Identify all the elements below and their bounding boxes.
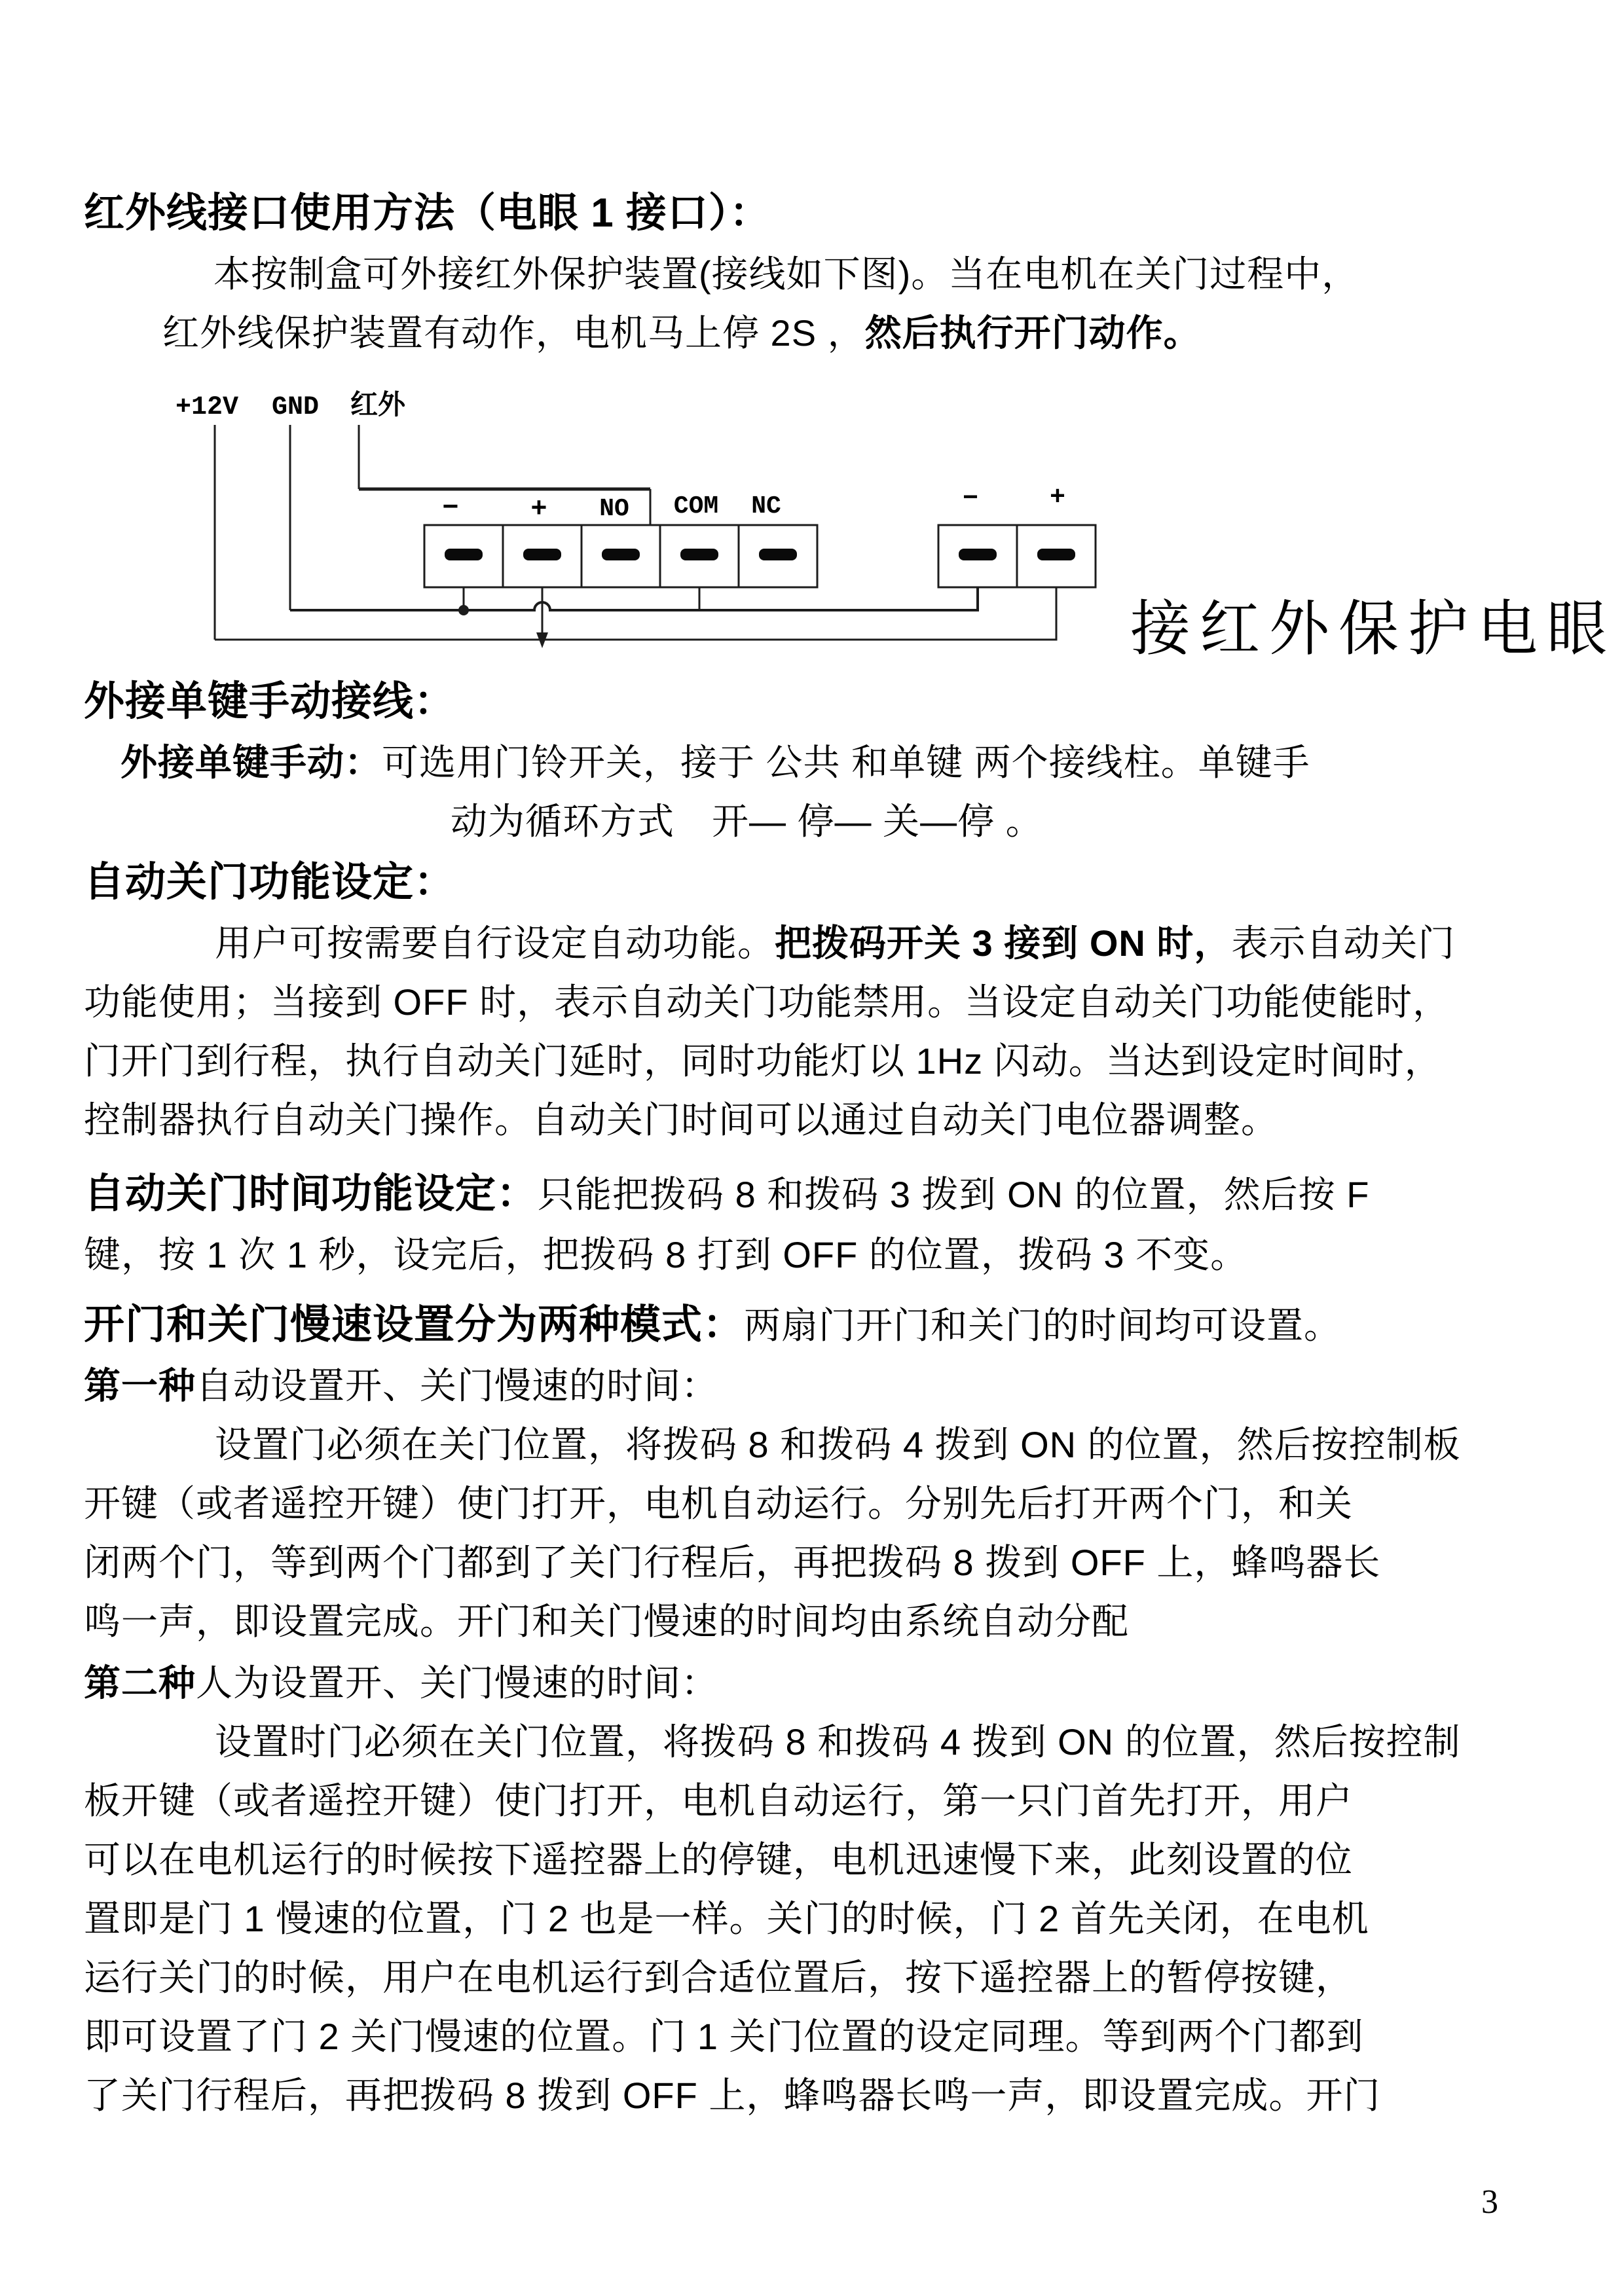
inline-heading: 开门和关门慢速设置分为两种模式： (84, 1302, 744, 1347)
bold-text: 外接单键手动： (120, 742, 382, 783)
paragraph-line: 鸣一声，即设置完成。开门和关门慢速的时间均由系统自动分配 (84, 1592, 1559, 1651)
diagram-label-12v: +12V (175, 393, 238, 422)
paragraph-line: 了关门行程后，再把拨码 8 拨到 OFF 上，蜂鸣器长鸣一声，即设置完成。开门 (84, 2066, 1559, 2125)
paragraph-line: 红外线保护装置有动作，电机马上停 2S ，然后执行开门动作。 (84, 304, 1559, 363)
terminal-block-photo-eye (938, 525, 1096, 587)
terminal-slot (759, 549, 797, 560)
paragraph-line: 功能使用；当接到 OFF 时，表示自动关门功能禁用。当设定自动关门功能使能时， (84, 973, 1559, 1032)
terminal-block-controller (424, 525, 817, 587)
terminal-label-minus: − (442, 492, 458, 524)
paragraph-line: 板开键（或者遥控开键）使门打开，电机自动运行，第一只门首先打开，用户 (84, 1772, 1559, 1831)
paragraph-line: 键，按 1 次 1 秒，设完后，把拨码 8 打到 OFF 的位置，拨码 3 不变… (84, 1226, 1559, 1285)
paragraph-line: 开键（或者遥控开键）使门打开，电机自动运行。分别先后打开两个门，和关 (84, 1474, 1559, 1533)
paragraph-line: 闭两个门，等到两个门都到了关门行程后，再把拨码 8 拨到 OFF 上，蜂鸣器长 (84, 1533, 1559, 1592)
bold-text: 把拨码开关 3 接到 ON 时， (775, 922, 1231, 964)
wire-12v-bus (215, 587, 1056, 640)
page-content: 红外线接口使用方法（电眼 1 接口）： 本按制盒可外接红外保护装置(接线如下图)… (0, 0, 1624, 2125)
mode1-heading: 第一种自动设置开、关门慢速的时间： (84, 1357, 1559, 1415)
wiring-diagram: +12V GND 红外 − + (84, 363, 1624, 670)
bold-text: 第一种 (84, 1365, 196, 1406)
terminal-label-no: NO (599, 495, 629, 523)
paragraph-line: 设置时门必须在关门位置，将拨码 8 和拨码 4 拨到 ON 的位置，然后按控制 (84, 1713, 1559, 1772)
bold-text: 第二种 (84, 1662, 196, 1704)
paragraph-line: 可以在电机运行的时候按下遥控器上的停键，电机迅速慢下来，此刻设置的位 (84, 1831, 1559, 1889)
terminal-label-com: COM (674, 492, 718, 520)
paragraph-line: 即可设置了门 2 关门慢速的位置。门 1 关门位置的设定同理。等到两个门都到 (84, 2007, 1559, 2066)
diagram-label-ir: 红外 (350, 389, 406, 420)
mode2-heading: 第二种人为设置开、关门慢速的时间： (84, 1654, 1559, 1713)
paragraph-line: 设置门必须在关门位置，将拨码 8 和拨码 4 拨到 ON 的位置，然后按控制板 (84, 1415, 1559, 1474)
terminal-slot (1037, 549, 1075, 560)
terminal-slot (445, 549, 483, 560)
terminal-label-nc: NC (751, 492, 781, 520)
diagram-caption: 接红外保护电眼 (1130, 596, 1616, 663)
page-number: 3 (1481, 2185, 1498, 2219)
inline-heading: 自动关门时间功能设定： (84, 1171, 538, 1216)
terminal-slot (959, 549, 997, 560)
section-heading-auto-close: 自动关门功能设定： (84, 851, 1559, 914)
paragraph-line: 置即是门 1 慢速的位置，门 2 也是一样。关门的时候，门 2 首先关闭，在电机 (84, 1889, 1559, 1948)
paragraph-line: 门开门到行程，执行自动关门延时，同时功能灯以 1Hz 闪动。当达到设定时间时， (84, 1032, 1559, 1091)
terminal-label-plus: + (530, 494, 547, 525)
bold-text: 然后执行开门动作。 (865, 312, 1201, 354)
wire-gnd-bus (290, 587, 978, 610)
paragraph-line: 运行关门的时候，用户在电机运行到合适位置后，按下遥控器上的暂停按键， (84, 1948, 1559, 2007)
terminal-slot (680, 549, 718, 560)
paragraph-line: 用户可按需要自行设定自动功能。把拨码开关 3 接到 ON 时，表示自动关门 (84, 914, 1559, 973)
section-heading-infrared: 红外线接口使用方法（电眼 1 接口）： (84, 182, 1559, 245)
terminal-slot (602, 549, 640, 560)
paragraph-line: 本按制盒可外接红外保护装置(接线如下图)。当在电机在关门过程中， (84, 245, 1559, 304)
paragraph-line: 动为循环方式 开— 停— 关—停 。 (84, 792, 1559, 851)
diagram-label-gnd: GND (272, 393, 319, 422)
eye-label-minus: − (963, 484, 978, 514)
section-heading-manual-wiring: 外接单键手动接线： (84, 670, 1559, 733)
terminal-slot (523, 549, 561, 560)
paragraph-line: 控制器执行自动关门操作。自动关门时间可以通过自动关门电位器调整。 (84, 1091, 1559, 1150)
paragraph-line: 外接单键手动：可选用门铃开关，接于 公共 和单键 两个接线柱。单键手 (84, 733, 1559, 792)
section-heading-auto-close-time: 自动关门时间功能设定：只能把拨码 8 和拨码 3 拨到 ON 的位置，然后按 F (84, 1163, 1559, 1226)
section-heading-slow-modes: 开门和关门慢速设置分为两种模式：两扇门开门和关门的时间均可设置。 (84, 1294, 1559, 1357)
manual-page: 红外线接口使用方法（电眼 1 接口）： 本按制盒可外接红外保护装置(接线如下图)… (0, 0, 1624, 2296)
junction-dot (458, 605, 469, 615)
eye-label-plus: + (1050, 483, 1065, 513)
